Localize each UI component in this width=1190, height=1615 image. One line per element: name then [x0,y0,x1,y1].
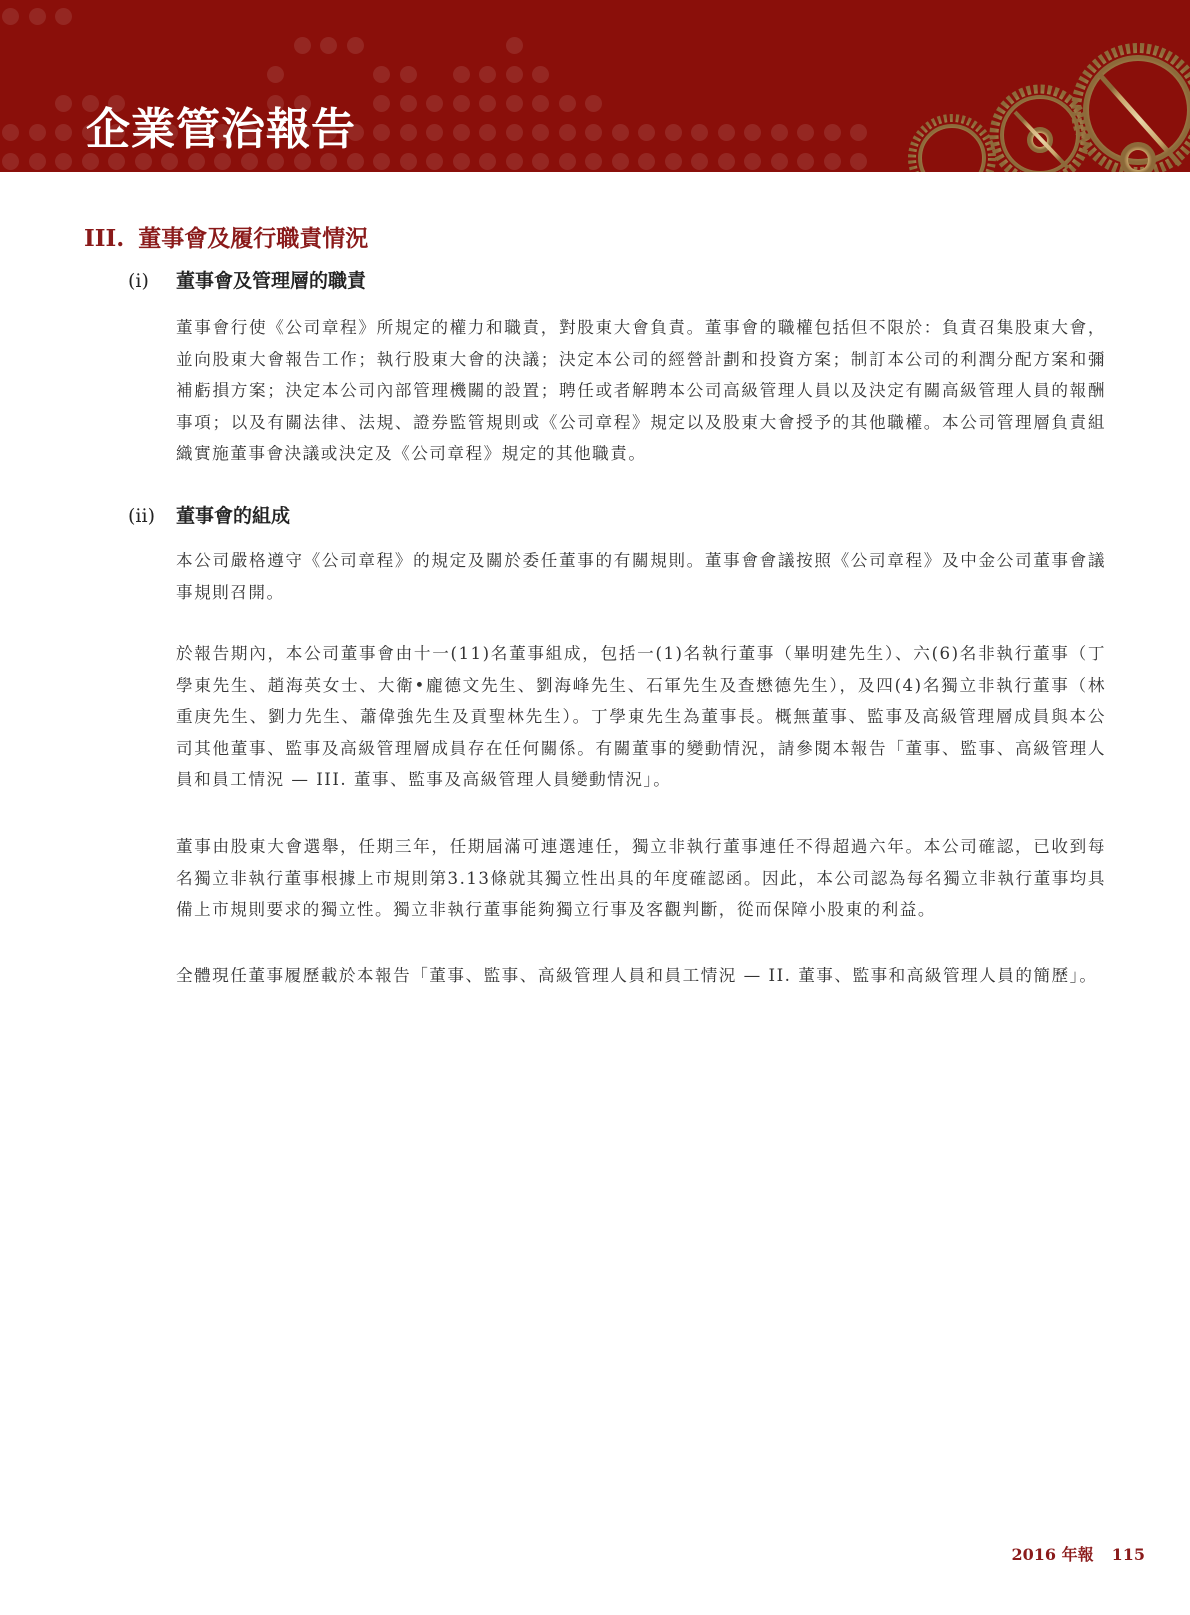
decorative-dot [506,37,523,54]
decorative-dot [559,153,576,170]
decorative-dot [373,66,390,83]
decorative-dot [373,124,390,141]
decorative-dot [506,153,523,170]
decorative-dot [453,95,470,112]
decorative-dot [55,153,72,170]
decorative-dot [585,124,602,141]
subsection-number: (ii) [128,503,176,529]
decorative-dot [400,66,417,83]
decorative-dot [29,8,46,25]
decorative-dot [532,95,549,112]
section-heading: III.董事會及履行職責情況 [84,224,368,254]
decorative-dot [479,95,496,112]
decorative-dot [718,153,735,170]
header-banner: 企業管治報告 [0,0,1190,172]
section-number: III. [84,225,124,252]
decorative-dot [665,124,682,141]
decorative-dot [612,153,629,170]
gears-icon [890,40,1190,172]
decorative-dot [585,153,602,170]
paragraph: 董事由股東大會選舉，任期三年，任期屆滿可連選連任，獨立非執行董事連任不得超過六年… [176,831,1106,926]
decorative-dot [744,124,761,141]
page-title: 企業管治報告 [86,104,356,156]
decorative-dot [29,124,46,141]
decorative-dot [638,124,655,141]
decorative-dot [824,124,841,141]
paragraph: 董事會行使《公司章程》所規定的權力和職責，對股東大會負責。董事會的職權包括但不限… [176,312,1106,470]
subsection-heading-ii: (ii)董事會的組成 [128,503,290,529]
decorative-dot [638,153,655,170]
report-label: 2016 年報 [1011,1545,1093,1564]
subsection-number: (i) [128,268,176,294]
decorative-dot [2,153,19,170]
subsection-heading-i: (i)董事會及管理層的職責 [128,268,366,294]
decorative-dot [347,37,364,54]
subsection-title: 董事會的組成 [176,505,290,527]
decorative-dot [267,66,284,83]
decorative-dot [850,124,867,141]
decorative-dot [718,124,735,141]
page-footer: 2016 年報115 [1011,1542,1145,1565]
decorative-dot [55,95,72,112]
decorative-dot [559,124,576,141]
decorative-dot [400,153,417,170]
decorative-dot [532,153,549,170]
decorative-dot [426,95,443,112]
decorative-dot [55,8,72,25]
decorative-dot [320,37,337,54]
decorative-dot [691,153,708,170]
decorative-dot [612,124,629,141]
decorative-dot [771,124,788,141]
decorative-dot [532,124,549,141]
subsection-title: 董事會及管理層的職責 [176,270,366,292]
page-number: 115 [1112,1545,1145,1564]
decorative-dot [55,124,72,141]
paragraph: 全體現任董事履歷載於本報告「董事、監事、高級管理人員和員工情況 — II. 董事… [176,960,1106,992]
decorative-dot [400,95,417,112]
decorative-dot [2,124,19,141]
paragraph: 於報告期內，本公司董事會由十一(11)名董事組成，包括一(1)名執行董事（畢明建… [176,638,1106,796]
decorative-dot [400,124,417,141]
decorative-dot [479,66,496,83]
decorative-dot [771,153,788,170]
decorative-dot [453,124,470,141]
decorative-dot [506,95,523,112]
decorative-dot [453,153,470,170]
decorative-dot [532,66,549,83]
decorative-dot [2,8,19,25]
decorative-dot [797,153,814,170]
decorative-dot [426,124,443,141]
decorative-dot [373,153,390,170]
decorative-dot [559,95,576,112]
decorative-dot [665,153,682,170]
decorative-dot [506,124,523,141]
decorative-dot [585,95,602,112]
decorative-dot [29,153,46,170]
decorative-dot [506,66,523,83]
section-title: 董事會及履行職責情況 [138,225,368,252]
decorative-dot [797,124,814,141]
decorative-dot [850,153,867,170]
decorative-dot [744,153,761,170]
paragraph: 本公司嚴格遵守《公司章程》的規定及關於委任董事的有關規則。董事會會議按照《公司章… [176,545,1106,608]
decorative-dot [479,124,496,141]
decorative-dot [453,66,470,83]
decorative-dot [294,37,311,54]
decorative-dot [426,153,443,170]
decorative-dot [824,153,841,170]
decorative-dot [691,124,708,141]
decorative-dot [373,95,390,112]
decorative-dot [479,153,496,170]
